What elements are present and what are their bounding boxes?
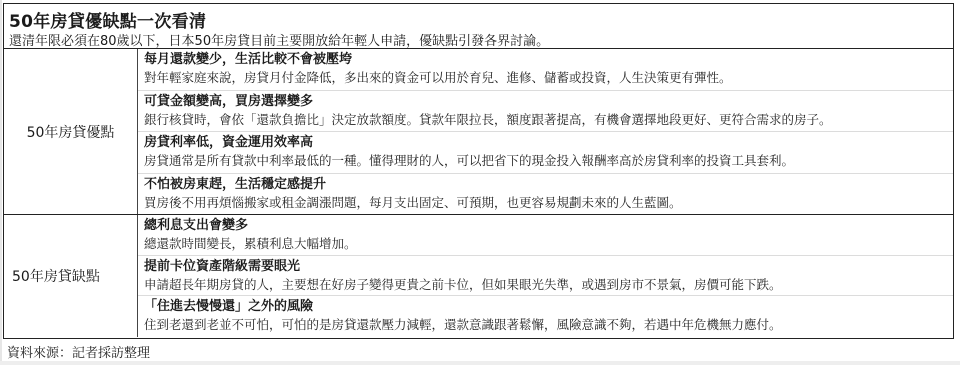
- comparison-table: 50年房貸優缺點一次看清 還清年限必須在80歲以下，日本50年房貸目前主要開放給…: [3, 3, 954, 339]
- item-heading: 總利息支出會變多: [144, 215, 953, 235]
- cons-item: 總利息支出會變多 總還款時間變長，累積利息大幅增加。: [138, 215, 953, 256]
- cons-section: 50年房貸缺點 總利息支出會變多 總還款時間變長，累積利息大幅增加。 提前卡位資…: [4, 215, 953, 337]
- source-note: 資料來源：記者採訪整理: [7, 342, 150, 361]
- item-body: 銀行核貸時，會依「還款負擔比」決定放款額度。貸款年限拉長，額度跟著提高，有機會選…: [144, 111, 953, 129]
- pros-items: 每月還款變少，生活比較不會被壓垮 對年輕家庭來說，房貸月付金降低，多出來的資金可…: [138, 49, 953, 214]
- item-body: 總還款時間變長，累積利息大幅增加。: [144, 235, 953, 253]
- cons-item: 「住進去慢慢還」之外的風險 住到老還到老並不可怕，可怕的是房貸還款壓力減輕，還款…: [138, 296, 953, 337]
- bottom-grid-strip: [0, 361, 960, 365]
- item-heading: 每月還款變少，生活比較不會被壓垮: [144, 49, 953, 69]
- pros-item: 每月還款變少，生活比較不會被壓垮 對年輕家庭來說，房貸月付金降低，多出來的資金可…: [138, 49, 953, 91]
- item-body: 對年輕家庭來說，房貸月付金降低，多出來的資金可以用於育兒、進修、儲蓄或投資，人生…: [144, 69, 953, 87]
- item-heading: 提前卡位資產階級需要眼光: [144, 256, 953, 276]
- pros-label: 50年房貸優點: [4, 49, 138, 214]
- item-body: 買房後不用再煩惱搬家或租金調漲問題，每月支出固定、可預期，也更容易規劃未來的人生…: [144, 194, 953, 212]
- item-heading: 房貸利率低，資金運用效率高: [144, 132, 953, 152]
- cons-label: 50年房貸缺點: [4, 215, 138, 337]
- cons-item: 提前卡位資產階級需要眼光 申請超長年期房貸的人，主要想在好房子變得更貴之前卡位，…: [138, 256, 953, 297]
- item-heading: 「住進去慢慢還」之外的風險: [144, 296, 953, 316]
- spreadsheet-grid-edge: [0, 0, 2, 365]
- table-subtitle: 還清年限必須在80歲以下，日本50年房貸目前主要開放給年輕人申請，優缺點引發各界…: [9, 30, 549, 49]
- table-header: 50年房貸優缺點一次看清 還清年限必須在80歲以下，日本50年房貸目前主要開放給…: [4, 4, 953, 49]
- pros-item: 不怕被房東趕，生活穩定感提升 買房後不用再煩惱搬家或租金調漲問題，每月支出固定、…: [138, 174, 953, 216]
- pros-item: 可貸金額變高，買房選擇變多 銀行核貸時，會依「還款負擔比」決定放款額度。貸款年限…: [138, 91, 953, 133]
- item-body: 申請超長年期房貸的人，主要想在好房子變得更貴之前卡位，但如果眼光失準，或遇到房市…: [144, 276, 953, 294]
- item-body: 住到老還到老並不可怕，可怕的是房貸還款壓力減輕，還款意識跟著鬆懈，風險意識不夠，…: [144, 316, 953, 334]
- cons-items: 總利息支出會變多 總還款時間變長，累積利息大幅增加。 提前卡位資產階級需要眼光 …: [138, 215, 953, 337]
- pros-section: 50年房貸優點 每月還款變少，生活比較不會被壓垮 對年輕家庭來說，房貸月付金降低…: [4, 49, 953, 215]
- item-heading: 可貸金額變高，買房選擇變多: [144, 91, 953, 111]
- item-body: 房貸通常是所有貸款中利率最低的一種。懂得理財的人，可以把省下的現金投入報酬率高於…: [144, 152, 953, 170]
- item-heading: 不怕被房東趕，生活穩定感提升: [144, 174, 953, 194]
- table-title: 50年房貸優缺點一次看清: [9, 7, 206, 32]
- pros-item: 房貸利率低，資金運用效率高 房貸通常是所有貸款中利率最低的一種。懂得理財的人，可…: [138, 132, 953, 174]
